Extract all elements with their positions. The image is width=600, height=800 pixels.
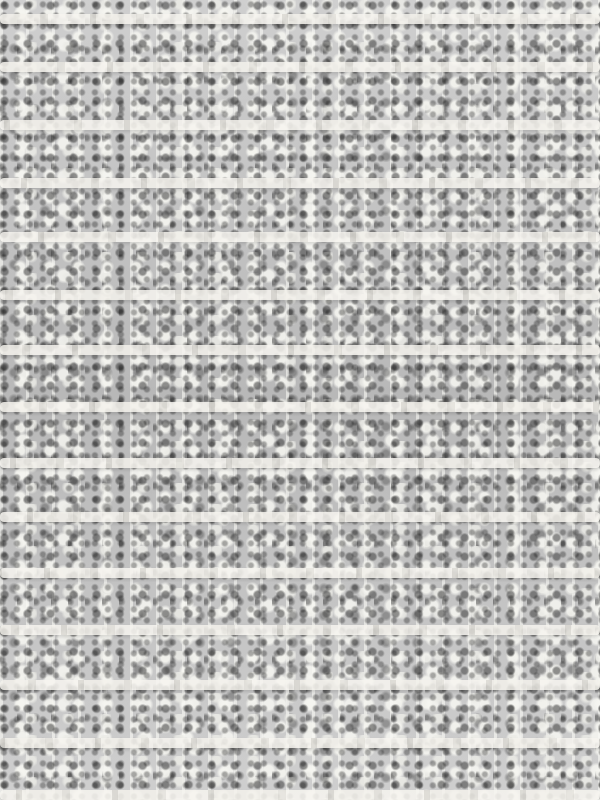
weft-yarn-row <box>0 680 600 690</box>
weft-yarn-row <box>0 290 600 300</box>
weft-yarn-row <box>0 345 600 355</box>
weft-yarn-row <box>0 512 600 522</box>
weft-yarn-row <box>0 178 600 188</box>
weft-yarn-row <box>0 62 600 72</box>
weft-yarn-row <box>0 120 600 130</box>
weft-yarn-row <box>0 14 600 24</box>
weft-yarn-row <box>0 402 600 412</box>
weft-yarn-row <box>0 568 600 578</box>
weft-yarn-row <box>0 458 600 468</box>
weft-yarn-row <box>0 232 600 242</box>
fabric-texture-photo <box>0 0 600 800</box>
weft-yarn-row <box>0 790 600 800</box>
weft-yarn-row <box>0 625 600 635</box>
weft-yarn-row <box>0 738 600 748</box>
